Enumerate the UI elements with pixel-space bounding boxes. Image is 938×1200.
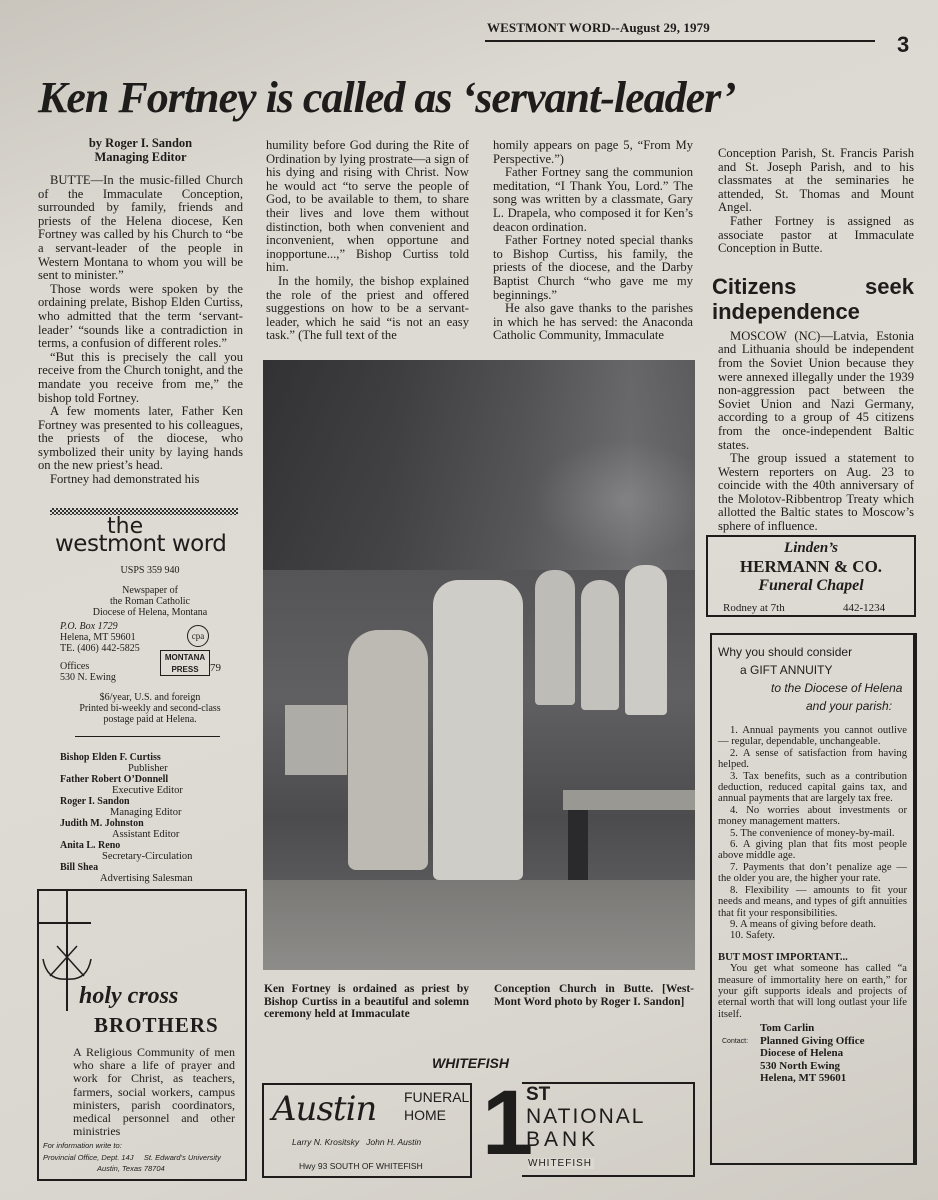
- subscription-line: Printed bi-weekly and second-class: [50, 703, 250, 714]
- desc-line: the Roman Catholic: [50, 596, 250, 607]
- benefit-item: 6. A giving plan that fits most people a…: [718, 839, 907, 862]
- holy-cross-body: A Religious Community of men who share a…: [73, 1046, 235, 1138]
- first-national-bank-ad: 1 ST NATIONAL BANK WHITEFISH: [480, 1082, 693, 1175]
- kneeling-figure: [348, 630, 428, 870]
- austin-funeral-label: FUNERAL: [404, 1089, 469, 1105]
- holy-cross-ad: holy cross BROTHERS A Religious Communit…: [37, 889, 247, 1181]
- paragraph: A few moments later, Father Ken Fortney …: [38, 405, 243, 473]
- paragraph: In the homily, the bishop explained the …: [266, 275, 469, 343]
- article-column-3: homily appears on page 5, “From My Persp…: [493, 139, 693, 343]
- photo-background: [263, 360, 695, 570]
- paragraph: The group issued a statement to Western …: [718, 452, 914, 534]
- offices-address: 530 N. Ewing: [60, 672, 116, 683]
- bishop-figure: [433, 580, 523, 880]
- subscription-line: postage paid at Helena.: [50, 714, 250, 725]
- staff-name: Roger I. Sandon: [60, 796, 250, 807]
- hermann-line2: HERMANN & CO.: [708, 557, 914, 577]
- bank-national: NATIONAL: [526, 1105, 645, 1129]
- paragraph: Those words were spoken by the ordaining…: [38, 283, 243, 351]
- benefit-item: 4. No worries about investments or money…: [718, 805, 907, 828]
- newspaper-logo: westmont word: [55, 531, 226, 557]
- contact-line: Helena, MT 59601: [760, 1072, 913, 1085]
- benefit-item: 10. Safety.: [718, 930, 907, 941]
- staff-name: Anita L. Reno: [60, 840, 250, 851]
- montana-press-badge-icon: MONTANA PRESS: [160, 650, 210, 676]
- newspaper-page: WESTMONT WORD--August 29, 1979 3 Ken For…: [0, 0, 938, 1200]
- desc-line: Newspaper of: [50, 585, 250, 596]
- brothers-title: BROTHERS: [94, 1013, 219, 1038]
- offices-label: Offices: [60, 661, 116, 672]
- postal-address: P.O. Box 1729 Helena, MT 59601 TE. (406)…: [60, 621, 140, 654]
- hermann-line3: Funeral Chapel: [708, 577, 914, 595]
- benefit-item: 9. A means of giving before death.: [718, 919, 907, 930]
- paragraph: Father Fortney sang the communion medita…: [493, 166, 693, 234]
- austin-address: Hwy 93 SOUTH OF WHITEFISH: [299, 1161, 423, 1171]
- article-column-4: Conception Parish, St. Francis Parish an…: [718, 147, 914, 534]
- austin-home-label: HOME: [404, 1107, 446, 1123]
- austin-funeral-ad: Austin FUNERAL HOME Larry N. Krositsky J…: [262, 1083, 472, 1178]
- hermann-funeral-ad: Linden’s HERMANN & CO. Funeral Chapel Ro…: [706, 535, 916, 617]
- newspaper-description: Newspaper of the Roman Catholic Diocese …: [50, 585, 250, 618]
- page-number: 3: [897, 32, 909, 58]
- press-year: 79: [210, 663, 221, 674]
- contact-line: Tom Carlin: [760, 1022, 913, 1035]
- byline-name: by Roger I. Sandon: [38, 137, 243, 151]
- benefit-item: 3. Tax benefits, such as a contribution …: [718, 771, 907, 805]
- usps-number: USPS 359 940: [60, 565, 240, 576]
- checker-divider: [50, 508, 238, 515]
- altar-cloth: [285, 705, 347, 775]
- staff-role: Managing Editor: [60, 807, 250, 818]
- paragraph: Father Fortney is assigned as associate …: [718, 215, 914, 256]
- sidebar-headline: Citizens seek independence: [712, 274, 914, 324]
- benefit-item: 2. A sense of satisfaction from having h…: [718, 748, 907, 771]
- important-heading: BUT MOST IMPORTANT...: [718, 952, 907, 963]
- staff-name: Bill Shea: [60, 862, 250, 873]
- gift-annuity-ad: Why you should consider a GIFT ANNUITY t…: [710, 633, 917, 1165]
- server-figure: [535, 570, 575, 705]
- annuity-contact: Contact: Tom Carlin Planned Giving Offic…: [712, 1020, 913, 1085]
- hermann-address: Rodney at 7th: [723, 602, 785, 614]
- austin-script-name: Austin: [272, 1089, 376, 1129]
- staff-name: Bishop Elden F. Curtiss: [60, 752, 250, 763]
- byline-title: Managing Editor: [38, 151, 243, 165]
- contact-label: Contact:: [722, 1036, 748, 1049]
- ordination-photo: [263, 360, 695, 970]
- server-figure: [581, 580, 619, 710]
- divider: [75, 736, 220, 737]
- contact-line: 530 North Ewing: [760, 1060, 913, 1073]
- contact-line: Planned Giving Office: [760, 1035, 913, 1048]
- benefit-item: 7. Payments that don’t penalize age — th…: [718, 862, 907, 885]
- staff-role: Publisher: [60, 763, 250, 774]
- hermann-line1: Linden’s: [708, 540, 914, 557]
- photo-caption-right: Conception Church in Butte. [West-Mont W…: [494, 983, 694, 1008]
- altar-table: [563, 790, 695, 810]
- intro-line: to the Diocese of Helena: [718, 679, 913, 697]
- intro-line: a GIFT ANNUITY: [718, 661, 913, 679]
- address-line: Helena, MT 59601: [60, 632, 140, 643]
- paragraph: He also gave thanks to the parishes in w…: [493, 302, 693, 343]
- article-column-2: humility before God during the Rite of O…: [266, 139, 469, 343]
- annuity-intro: Why you should consider a GIFT ANNUITY t…: [712, 635, 913, 715]
- paragraph: “But this is precisely the call you rece…: [38, 351, 243, 405]
- cpa-badge-icon: cpa: [187, 625, 209, 647]
- staff-name: Judith M. Johnston: [60, 818, 250, 829]
- paragraph: humility before God during the Rite of O…: [266, 139, 469, 275]
- contact-line: Diocese of Helena: [760, 1047, 913, 1060]
- paragraph: Fortney had demonstrated his: [38, 473, 243, 487]
- photo-floor: [263, 880, 695, 970]
- paragraph: BUTTE—In the music-filled Church of the …: [38, 174, 243, 283]
- staff-role: Secretary-Circulation: [60, 851, 250, 862]
- important-body: You get what someone has called “a measu…: [718, 963, 907, 1020]
- offices: Offices 530 N. Ewing: [60, 661, 116, 683]
- intro-line: and your parish:: [718, 697, 913, 715]
- info-city: Austin, Texas 78704: [97, 1164, 165, 1173]
- staff-name: Father Robert O’Donnell: [60, 774, 250, 785]
- desc-line: Diocese of Helena, Montana: [50, 607, 250, 618]
- paragraph: Father Fortney noted special thanks to B…: [493, 234, 693, 302]
- staff-role: Assistant Editor: [60, 829, 250, 840]
- benefit-item: 5. The convenience of money-by-mail.: [718, 828, 907, 839]
- paragraph: MOSCOW (NC)—Latvia, Estonia and Lithuani…: [718, 330, 914, 452]
- header-rule: [485, 40, 875, 42]
- info-label: For information write to:: [43, 1141, 122, 1150]
- paragraph: Conception Parish, St. Francis Parish an…: [718, 147, 914, 215]
- server-figure: [625, 565, 667, 715]
- holy-cross-title: holy cross: [79, 983, 178, 1010]
- subscription-line: $6/year, U.S. and foreign: [50, 692, 250, 703]
- address-line: TE. (406) 442-5825: [60, 643, 140, 654]
- hermann-phone: 442-1234: [843, 602, 885, 614]
- info-address: Provincial Office, Dept. 14J St. Edward’…: [43, 1153, 221, 1162]
- subscription-info: $6/year, U.S. and foreign Printed bi-wee…: [50, 692, 250, 725]
- intro-line: Why you should consider: [718, 643, 913, 661]
- austin-owners: Larry N. Krositsky John H. Austin: [292, 1137, 421, 1147]
- paragraph: homily appears on page 5, “From My Persp…: [493, 139, 693, 166]
- bank-city: WHITEFISH: [528, 1158, 594, 1169]
- photo-caption-left: Ken Fortney is ordained as priest by Bis…: [264, 983, 469, 1021]
- staff-list: Bishop Elden F. Curtiss Publisher Father…: [60, 752, 250, 884]
- annuity-benefits: 1. Annual payments you cannot outlive — …: [712, 715, 913, 1020]
- bank-st: ST: [526, 1084, 550, 1106]
- bank-bank: BANK: [526, 1128, 599, 1152]
- staff-role: Executive Editor: [60, 785, 250, 796]
- benefit-item: 8. Flexibility — amounts to fit your nee…: [718, 885, 907, 919]
- article-column-1: by Roger I. Sandon Managing Editor BUTTE…: [38, 137, 243, 487]
- main-headline: Ken Fortney is called as ‘servant-leader…: [38, 72, 736, 123]
- address-line: P.O. Box 1729: [60, 621, 140, 632]
- staff-role: Advertising Salesman: [60, 873, 250, 884]
- running-header: WESTMONT WORD--August 29, 1979: [487, 20, 710, 36]
- benefit-item: 1. Annual payments you cannot outlive — …: [718, 725, 907, 748]
- byline: by Roger I. Sandon Managing Editor: [38, 137, 243, 164]
